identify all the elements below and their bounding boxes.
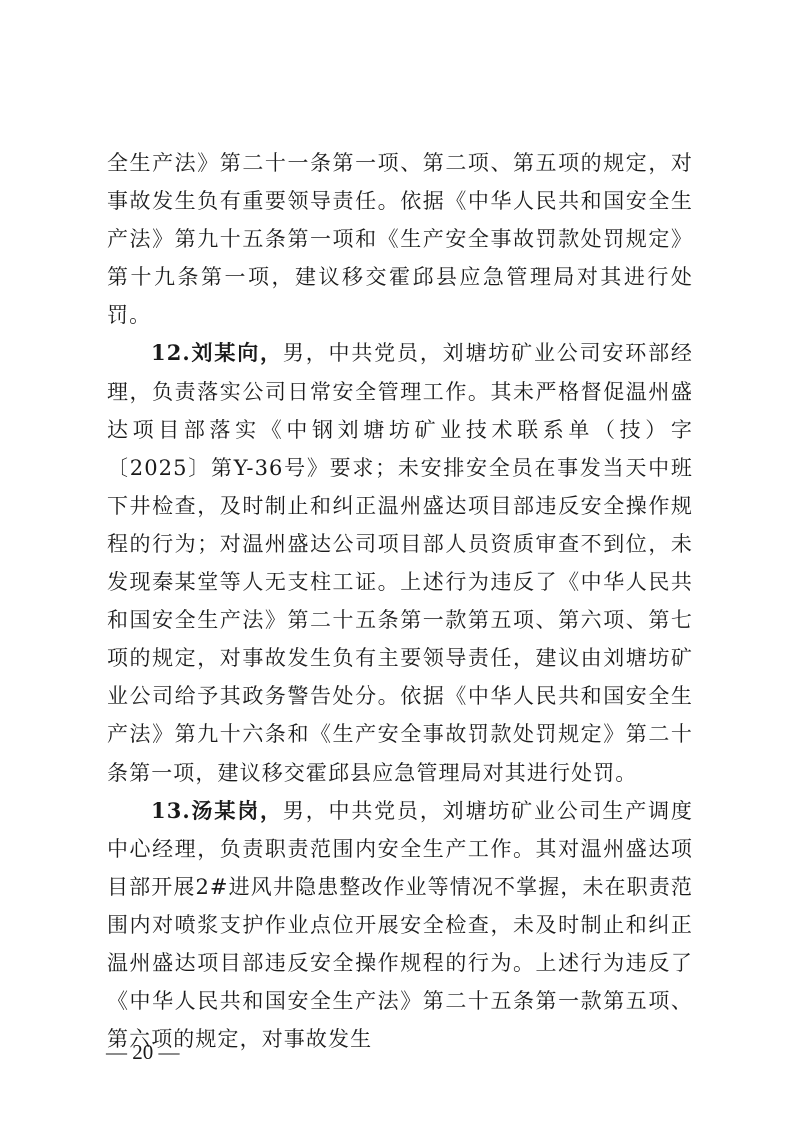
page-number: — 20 — [106, 1040, 180, 1065]
paragraph-item-13: 13.汤某岗，男，中共党员，刘塘坊矿业公司生产调度中心经理，负责职责范围内安全生… [107, 792, 693, 1059]
paragraph-text: 男，中共党员，刘塘坊矿业公司生产调度中心经理，负责职责范围内安全生产工作。其对温… [107, 799, 693, 1052]
item-lead-name: 13.汤某岗， [151, 798, 283, 823]
paragraph-text: 男，中共党员，刘塘坊矿业公司安环部经理，负责落实公司日常安全管理工作。其未严格督… [107, 341, 693, 784]
paragraph-item-12: 12.刘某向，男，中共党员，刘塘坊矿业公司安环部经理，负责落实公司日常安全管理工… [107, 334, 693, 791]
item-lead-name: 12.刘某向， [151, 340, 283, 365]
paragraph-text: 全生产法》第二十一条第一项、第二项、第五项的规定，对事故发生负有重要领导责任。依… [107, 151, 693, 327]
paragraph-continued: 全生产法》第二十一条第一项、第二项、第五项的规定，对事故发生负有重要领导责任。依… [107, 144, 693, 334]
document-page: 全生产法》第二十一条第一项、第二项、第五项的规定，对事故发生负有重要领导责任。依… [0, 0, 793, 1122]
document-body: 全生产法》第二十一条第一项、第二项、第五项的规定，对事故发生负有重要领导责任。依… [107, 144, 693, 1058]
